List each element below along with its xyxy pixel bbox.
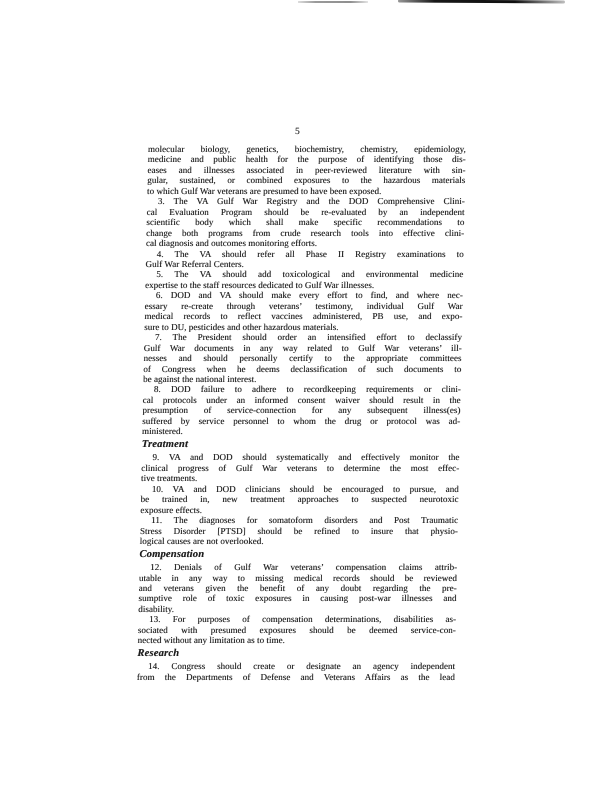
text-line: ministered. xyxy=(142,426,460,436)
text-line: Gulf War Referral Centers. xyxy=(145,259,463,269)
paragraph: 11. The diagnoses for somatoform disorde… xyxy=(140,515,459,546)
text-line: be against the national interest. xyxy=(143,374,461,384)
scanned-sheet: 5 molecular biology, genetics, biochemis… xyxy=(134,0,469,792)
text-line: from the Departments of Defense and Vete… xyxy=(137,672,455,682)
text-line: 9. VA and DOD should systematically and … xyxy=(141,452,459,462)
section-heading: Treatment xyxy=(142,440,460,450)
paragraph: 9. VA and DOD should systematically and … xyxy=(141,452,460,483)
text-line: sociated with presumed exposures should … xyxy=(138,625,456,635)
text-line: tive treatments. xyxy=(141,473,459,483)
text-line: medical records to reflect vaccines admi… xyxy=(144,311,462,321)
text-line: cal diagnosis and outcomes monitoring ef… xyxy=(146,238,464,248)
text-line: change both programs from crude research… xyxy=(146,228,464,238)
text-line: 8. DOD failure to adhere to recordkeepin… xyxy=(143,384,461,394)
paragraph: 3. The VA Gulf War Registry and the DOD … xyxy=(146,196,465,248)
text-line: expertise to the staff resources dedicat… xyxy=(145,280,463,290)
section-heading: Compensation xyxy=(139,550,457,560)
document-page: 5 molecular biology, genetics, biochemis… xyxy=(0,0,611,792)
text-line: 14. Congress should create or designate … xyxy=(137,661,455,671)
paragraph: 14. Congress should create or designate … xyxy=(137,661,455,682)
text-line: 7. The President should order an intensi… xyxy=(144,332,462,342)
text-line: Stress Disorder [PTSD] should be refined… xyxy=(140,526,458,536)
text-line: to which Gulf War veterans are presumed … xyxy=(147,186,465,196)
text-line: and veterans given the benefit of any do… xyxy=(139,583,457,593)
text-line: sumptive role of toxic exposures in caus… xyxy=(138,593,456,603)
text-line: clinical progress of Gulf War veterans t… xyxy=(141,463,459,473)
text-line: eases and illnesses associated in peer-r… xyxy=(147,165,465,175)
section-heading: Research xyxy=(137,649,455,659)
text-line: Gulf War documents in any way related to… xyxy=(144,343,462,353)
text-line: molecular biology, genetics, biochemistr… xyxy=(148,144,466,154)
paragraph: 7. The President should order an intensi… xyxy=(143,332,462,384)
page-number: 5 xyxy=(138,127,456,137)
paragraph: 5. The VA should add toxicological and e… xyxy=(145,269,463,290)
text-line: essary re-create through veterans’ testi… xyxy=(144,301,462,311)
text-line: utable in any way to missing medical rec… xyxy=(139,573,457,583)
text-line: suffered by service personnel to whom th… xyxy=(142,416,460,426)
paragraph: 13. For purposes of compensation determi… xyxy=(137,614,456,645)
paragraph: 4. The VA should refer all Phase II Regi… xyxy=(145,249,463,270)
text-line: 12. Denials of Gulf War veterans’ compen… xyxy=(139,562,457,572)
text-line: gular, sustained, or combined exposures … xyxy=(147,175,465,185)
text-line: be trained in, new treatment approaches … xyxy=(140,494,458,504)
text-line: nesses and should personally certify to … xyxy=(143,353,461,363)
text-line: presumption of service-connection for an… xyxy=(142,405,460,415)
text-line: 3. The VA Gulf War Registry and the DOD … xyxy=(147,196,465,206)
text-line: medicine and public health for the purpo… xyxy=(148,154,466,164)
paragraph: molecular biology, genetics, biochemistr… xyxy=(147,144,466,196)
paragraph: 6. DOD and VA should make every effort t… xyxy=(144,290,463,332)
text-line: 5. The VA should add toxicological and e… xyxy=(145,269,463,279)
text-line: 11. The diagnoses for somatoform disorde… xyxy=(140,515,458,525)
text-line: 4. The VA should refer all Phase II Regi… xyxy=(146,249,464,259)
text-line: 10. VA and DOD clinicians should be enco… xyxy=(141,484,459,494)
text-line: cal Evaluation Program should be re-eval… xyxy=(146,207,464,217)
paragraph: 10. VA and DOD clinicians should be enco… xyxy=(140,484,459,515)
text-line: scientific body which shall make specifi… xyxy=(146,217,464,227)
text-line: nected without any limitation as to time… xyxy=(137,635,455,645)
text-line: disability. xyxy=(138,604,456,614)
page-content: molecular biology, genetics, biochemistr… xyxy=(137,144,466,682)
text-line: of Congress when he deems declassificati… xyxy=(143,364,461,374)
text-line: sure to DU, pesticides and other hazardo… xyxy=(144,322,462,332)
text-line: exposure effects. xyxy=(140,505,458,515)
text-line: 6. DOD and VA should make every effort t… xyxy=(145,290,463,300)
text-line: 13. For purposes of compensation determi… xyxy=(138,614,456,624)
paragraph: 8. DOD failure to adhere to recordkeepin… xyxy=(142,384,461,436)
text-line: logical causes are not overlooked. xyxy=(140,536,458,546)
text-line: cal protocols under an informed consent … xyxy=(143,395,461,405)
paragraph: 12. Denials of Gulf War veterans’ compen… xyxy=(138,562,457,614)
